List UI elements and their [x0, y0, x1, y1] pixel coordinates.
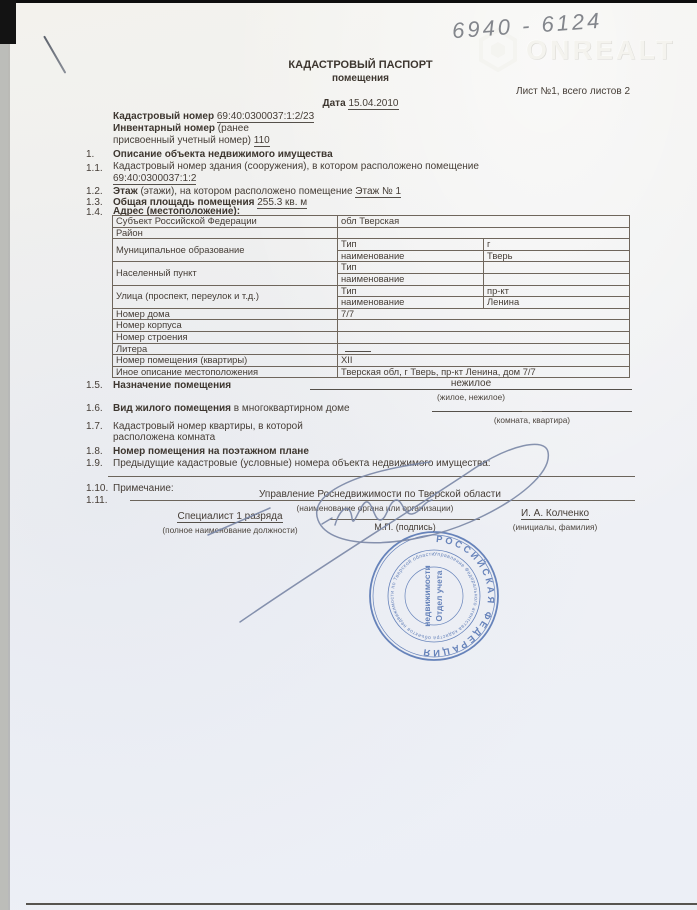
- section-number: 1.: [86, 149, 94, 160]
- section-1-2-line: Этаж (этажи), на котором расположено пом…: [113, 186, 401, 197]
- section-1-6-blank: [432, 404, 632, 412]
- cell-value: [484, 262, 630, 274]
- row-label: Номер строения: [113, 331, 338, 343]
- section-1-1-text: Кадастровый номер здания (сооружения), в…: [113, 161, 479, 172]
- cadastral-number-line: Кадастровый номер 69:40:0300037:1:2/23: [113, 111, 314, 122]
- section-number: 1.6.: [86, 403, 103, 414]
- table-row: Субъект Российской Федерацииобл Тверская: [113, 216, 630, 228]
- sheet-info: Лист №1, всего листов 2: [86, 86, 630, 97]
- scan-edge-corner: [0, 0, 16, 44]
- row-label: Улица (проспект, переулок и т.д.): [113, 285, 338, 308]
- cell-value: 7/7: [338, 308, 630, 320]
- row-label: Литера: [113, 343, 338, 355]
- inventory-number-line2: присвоенный учетный номер) 110: [113, 135, 270, 146]
- section-number: 1.5.: [86, 380, 103, 391]
- sub-key: наименование: [338, 273, 484, 285]
- cell-value: [484, 273, 630, 285]
- cell-value: [338, 320, 630, 332]
- section-number: 1.7.: [86, 421, 103, 432]
- staple-mark: [43, 36, 66, 74]
- table-row: Литера: [113, 343, 630, 355]
- row-label: Населенный пункт: [113, 262, 338, 285]
- date-line: Дата 15.04.2010: [86, 98, 635, 109]
- sub-key: наименование: [338, 297, 484, 309]
- scanned-document-page: ONREALT 6940 - 6124 КАДАСТРОВЫЙ ПАСПОРТ …: [0, 0, 697, 910]
- section-1-5-label: Назначение помещения: [113, 380, 231, 391]
- table-row: Номер дома7/7: [113, 308, 630, 320]
- section-1-5-hint: (жилое, нежилое): [310, 392, 632, 403]
- scan-edge-left: [0, 0, 8, 910]
- address-table: Субъект Российской Федерацииобл Тверская…: [112, 215, 630, 378]
- row-label: Муниципальное образование: [113, 239, 338, 262]
- cell-value: [338, 343, 630, 355]
- section-number: 1.1.: [86, 163, 103, 174]
- sub-key: Тип: [338, 262, 484, 274]
- scan-edge-bottom: [26, 903, 697, 905]
- table-row: Муниципальное образованиеТипг: [113, 239, 630, 251]
- section-number: 1.10.: [86, 483, 108, 494]
- table-row: Улица (проспект, переулок и т.д.)Типпр-к…: [113, 285, 630, 297]
- row-label: Номер помещения (квартиры): [113, 355, 338, 367]
- row-label: Иное описание местоположения: [113, 366, 338, 378]
- section-number: 1.9.: [86, 458, 103, 469]
- table-row: Номер помещения (квартиры)XII: [113, 355, 630, 367]
- sub-key: наименование: [338, 250, 484, 262]
- sub-key: Тип: [338, 285, 484, 297]
- cell-value: г: [484, 239, 630, 251]
- row-label: Район: [113, 227, 338, 239]
- section-number: 1.2.: [86, 186, 103, 197]
- row-label: Номер корпуса: [113, 320, 338, 332]
- handwritten-signature: [180, 420, 660, 680]
- cell-value: XII: [338, 355, 630, 367]
- cell-value: пр-кт: [484, 285, 630, 297]
- section-number: 1.11.: [86, 495, 108, 506]
- section-number: 1.4.: [86, 207, 103, 218]
- scan-edge-seam: [8, 0, 10, 910]
- table-row: Район: [113, 227, 630, 239]
- cell-value: [338, 227, 630, 239]
- section-number: 1.8.: [86, 446, 103, 457]
- section-1-6-line: Вид жилого помещения в многоквартирном д…: [113, 403, 350, 414]
- section-1-title: Описание объекта недвижимого имущества: [113, 149, 333, 160]
- document-subtitle: помещения: [86, 73, 635, 84]
- cell-value: Тверь: [484, 250, 630, 262]
- cell-value: Тверская обл, г Тверь, пр-кт Ленина, дом…: [338, 366, 630, 378]
- table-row: Населенный пунктТип: [113, 262, 630, 274]
- scan-edge-top: [0, 0, 697, 3]
- table-row: Иное описание местоположенияТверская обл…: [113, 366, 630, 378]
- document-title: КАДАСТРОВЫЙ ПАСПОРТ: [86, 60, 635, 71]
- cell-value: [338, 331, 630, 343]
- sub-key: Тип: [338, 239, 484, 251]
- row-label: Субъект Российской Федерации: [113, 216, 338, 228]
- section-1-1-value: 69:40:0300037:1:2: [113, 173, 196, 184]
- inventory-number-line1: Инвентарный номер (ранее: [113, 123, 249, 134]
- section-1-5-value: нежилое: [310, 378, 632, 390]
- cell-value: обл Тверская: [338, 216, 630, 228]
- row-label: Номер дома: [113, 308, 338, 320]
- table-row: Номер строения: [113, 331, 630, 343]
- section-1-10-text: Примечание:: [113, 483, 174, 494]
- table-row: Номер корпуса: [113, 320, 630, 332]
- cell-value: Ленина: [484, 297, 630, 309]
